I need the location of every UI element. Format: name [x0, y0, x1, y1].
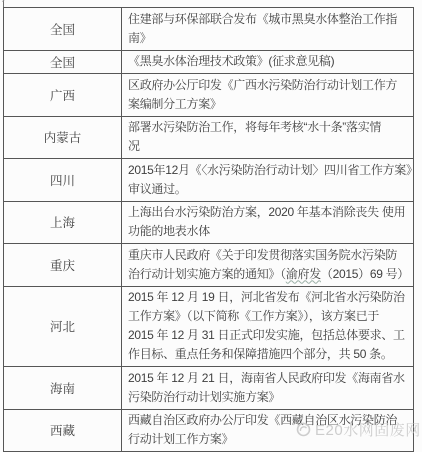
description-cell: 重庆市人民政府《关于印发贯彻落实国务院水污染防治行动计划实施方案的通知》（渝府发… — [122, 244, 414, 287]
description-cell: 区政府办公厅印发《广西水污染防治行动计划工作方案编制分工方案》 — [122, 74, 414, 117]
description-line: 住建部与环保部联合发布《城市黑臭水体整治工作指 — [128, 10, 410, 29]
table-row: 四川2015年12月《〈水污染防治行动计划〉四川省工作方案》审议通过。 — [4, 159, 414, 202]
description-line: 2015 年 12 月 21 日，海南省人民政府印发《海南省水 — [128, 369, 410, 388]
table-row: 上海上海出台水污染防治方案，2020 年基本消除丧失 使用功能的地表水体 — [4, 201, 414, 244]
description-cell: 上海出台水污染防治方案，2020 年基本消除丧失 使用功能的地表水体 — [122, 201, 414, 244]
region-cell: 全国 — [4, 50, 122, 74]
description-line: 2015 年 12 月 19 日，河北省发布《河北省水污染防治 — [128, 288, 410, 307]
spellcheck-underlined-text: 渝府发 — [286, 267, 321, 281]
region-cell: 西藏 — [4, 409, 122, 452]
description-line: 南》 — [128, 29, 410, 48]
description-cell: 2015 年 12 月 19 日，河北省发布《河北省水污染防治工作方案》（以下简… — [122, 286, 414, 367]
description-line: 2015年12月《〈水污染防治行动计划〉四川省工作方案》 — [128, 161, 410, 180]
region-cell: 河北 — [4, 286, 122, 367]
description-line: 作目标、重点任务和保障措施四个部分，共 50 条。 — [128, 345, 410, 364]
scan-corner-artifact — [2, 0, 7, 2]
table-row: 西藏西藏自治区政府办公厅印发《西藏自治区水污染防治行动计划工作方案》 — [4, 409, 414, 452]
description-line: 上海出台水污染防治方案，2020 年基本消除丧失 使用 — [128, 203, 410, 222]
region-cell: 上海 — [4, 201, 122, 244]
description-line: 行动计划工作方案》 — [128, 430, 410, 449]
region-cell: 内蒙古 — [4, 116, 122, 159]
description-cell: 部署水污染防治工作，将每年考核“水十条”落实情况 — [122, 116, 414, 159]
description-line: 2015 年 12 月 31 日正式印发实施，包括总体要求、工 — [128, 326, 410, 345]
description-line: 工作方案》（以下简称《工作方案》），该方案已于 — [128, 307, 410, 326]
description-line: 案编制分工方案》 — [128, 95, 410, 114]
description-line: 功能的地表水体 — [128, 222, 410, 241]
table-row: 广西区政府办公厅印发《广西水污染防治行动计划工作方案编制分工方案》 — [4, 74, 414, 117]
table-row: 海南2015 年 12 月 21 日，海南省人民政府印发《海南省水污染防治行动计… — [4, 367, 414, 410]
description-cell: 2015年12月《〈水污染防治行动计划〉四川省工作方案》审议通过。 — [122, 159, 414, 202]
description-line: 区政府办公厅印发《广西水污染防治行动计划工作方 — [128, 76, 410, 95]
region-cell: 广西 — [4, 74, 122, 117]
description-cell: 2015 年 12 月 21 日，海南省人民政府印发《海南省水污染防治行动计划实… — [122, 367, 414, 410]
region-cell: 四川 — [4, 159, 122, 202]
description-line: 重庆市人民政府《关于印发贯彻落实国务院水污染防 — [128, 246, 410, 265]
table-row: 河北2015 年 12 月 19 日，河北省发布《河北省水污染防治工作方案》（以… — [4, 286, 414, 367]
page: 全国住建部与环保部联合发布《城市黑臭水体整治工作指南》全国《黑臭水体治理技术政策… — [0, 0, 422, 452]
description-line: 况 — [128, 137, 410, 156]
description-line: 西藏自治区政府办公厅印发《西藏自治区水污染防治 — [128, 411, 410, 430]
table-row: 全国《黑臭水体治理技术政策》(征求意见稿) — [4, 50, 414, 74]
region-cell: 重庆 — [4, 244, 122, 287]
description-line: 部署水污染防治工作，将每年考核“水十条”落实情 — [128, 118, 410, 137]
description-line: 治行动计划实施方案的通知》（渝府发（2015）69 号） — [128, 265, 410, 284]
description-cell: 西藏自治区政府办公厅印发《西藏自治区水污染防治行动计划工作方案》 — [122, 409, 414, 452]
region-cell: 全国 — [4, 8, 122, 51]
description-line: 污染防治行动计划实施方案》 — [128, 388, 410, 407]
description-line: 审议通过。 — [128, 180, 410, 199]
table-row: 重庆重庆市人民政府《关于印发贯彻落实国务院水污染防治行动计划实施方案的通知》（渝… — [4, 244, 414, 287]
description-cell: 《黑臭水体治理技术政策》(征求意见稿) — [122, 50, 414, 74]
region-cell: 海南 — [4, 367, 122, 410]
description-line: 《黑臭水体治理技术政策》(征求意见稿) — [128, 52, 410, 71]
table-row: 内蒙古部署水污染防治工作，将每年考核“水十条”落实情况 — [4, 116, 414, 159]
description-cell: 住建部与环保部联合发布《城市黑臭水体整治工作指南》 — [122, 8, 414, 51]
table-row: 全国住建部与环保部联合发布《城市黑臭水体整治工作指南》 — [4, 8, 414, 51]
region-policy-table: 全国住建部与环保部联合发布《城市黑臭水体整治工作指南》全国《黑臭水体治理技术政策… — [3, 7, 414, 452]
table-body: 全国住建部与环保部联合发布《城市黑臭水体整治工作指南》全国《黑臭水体治理技术政策… — [4, 8, 414, 452]
